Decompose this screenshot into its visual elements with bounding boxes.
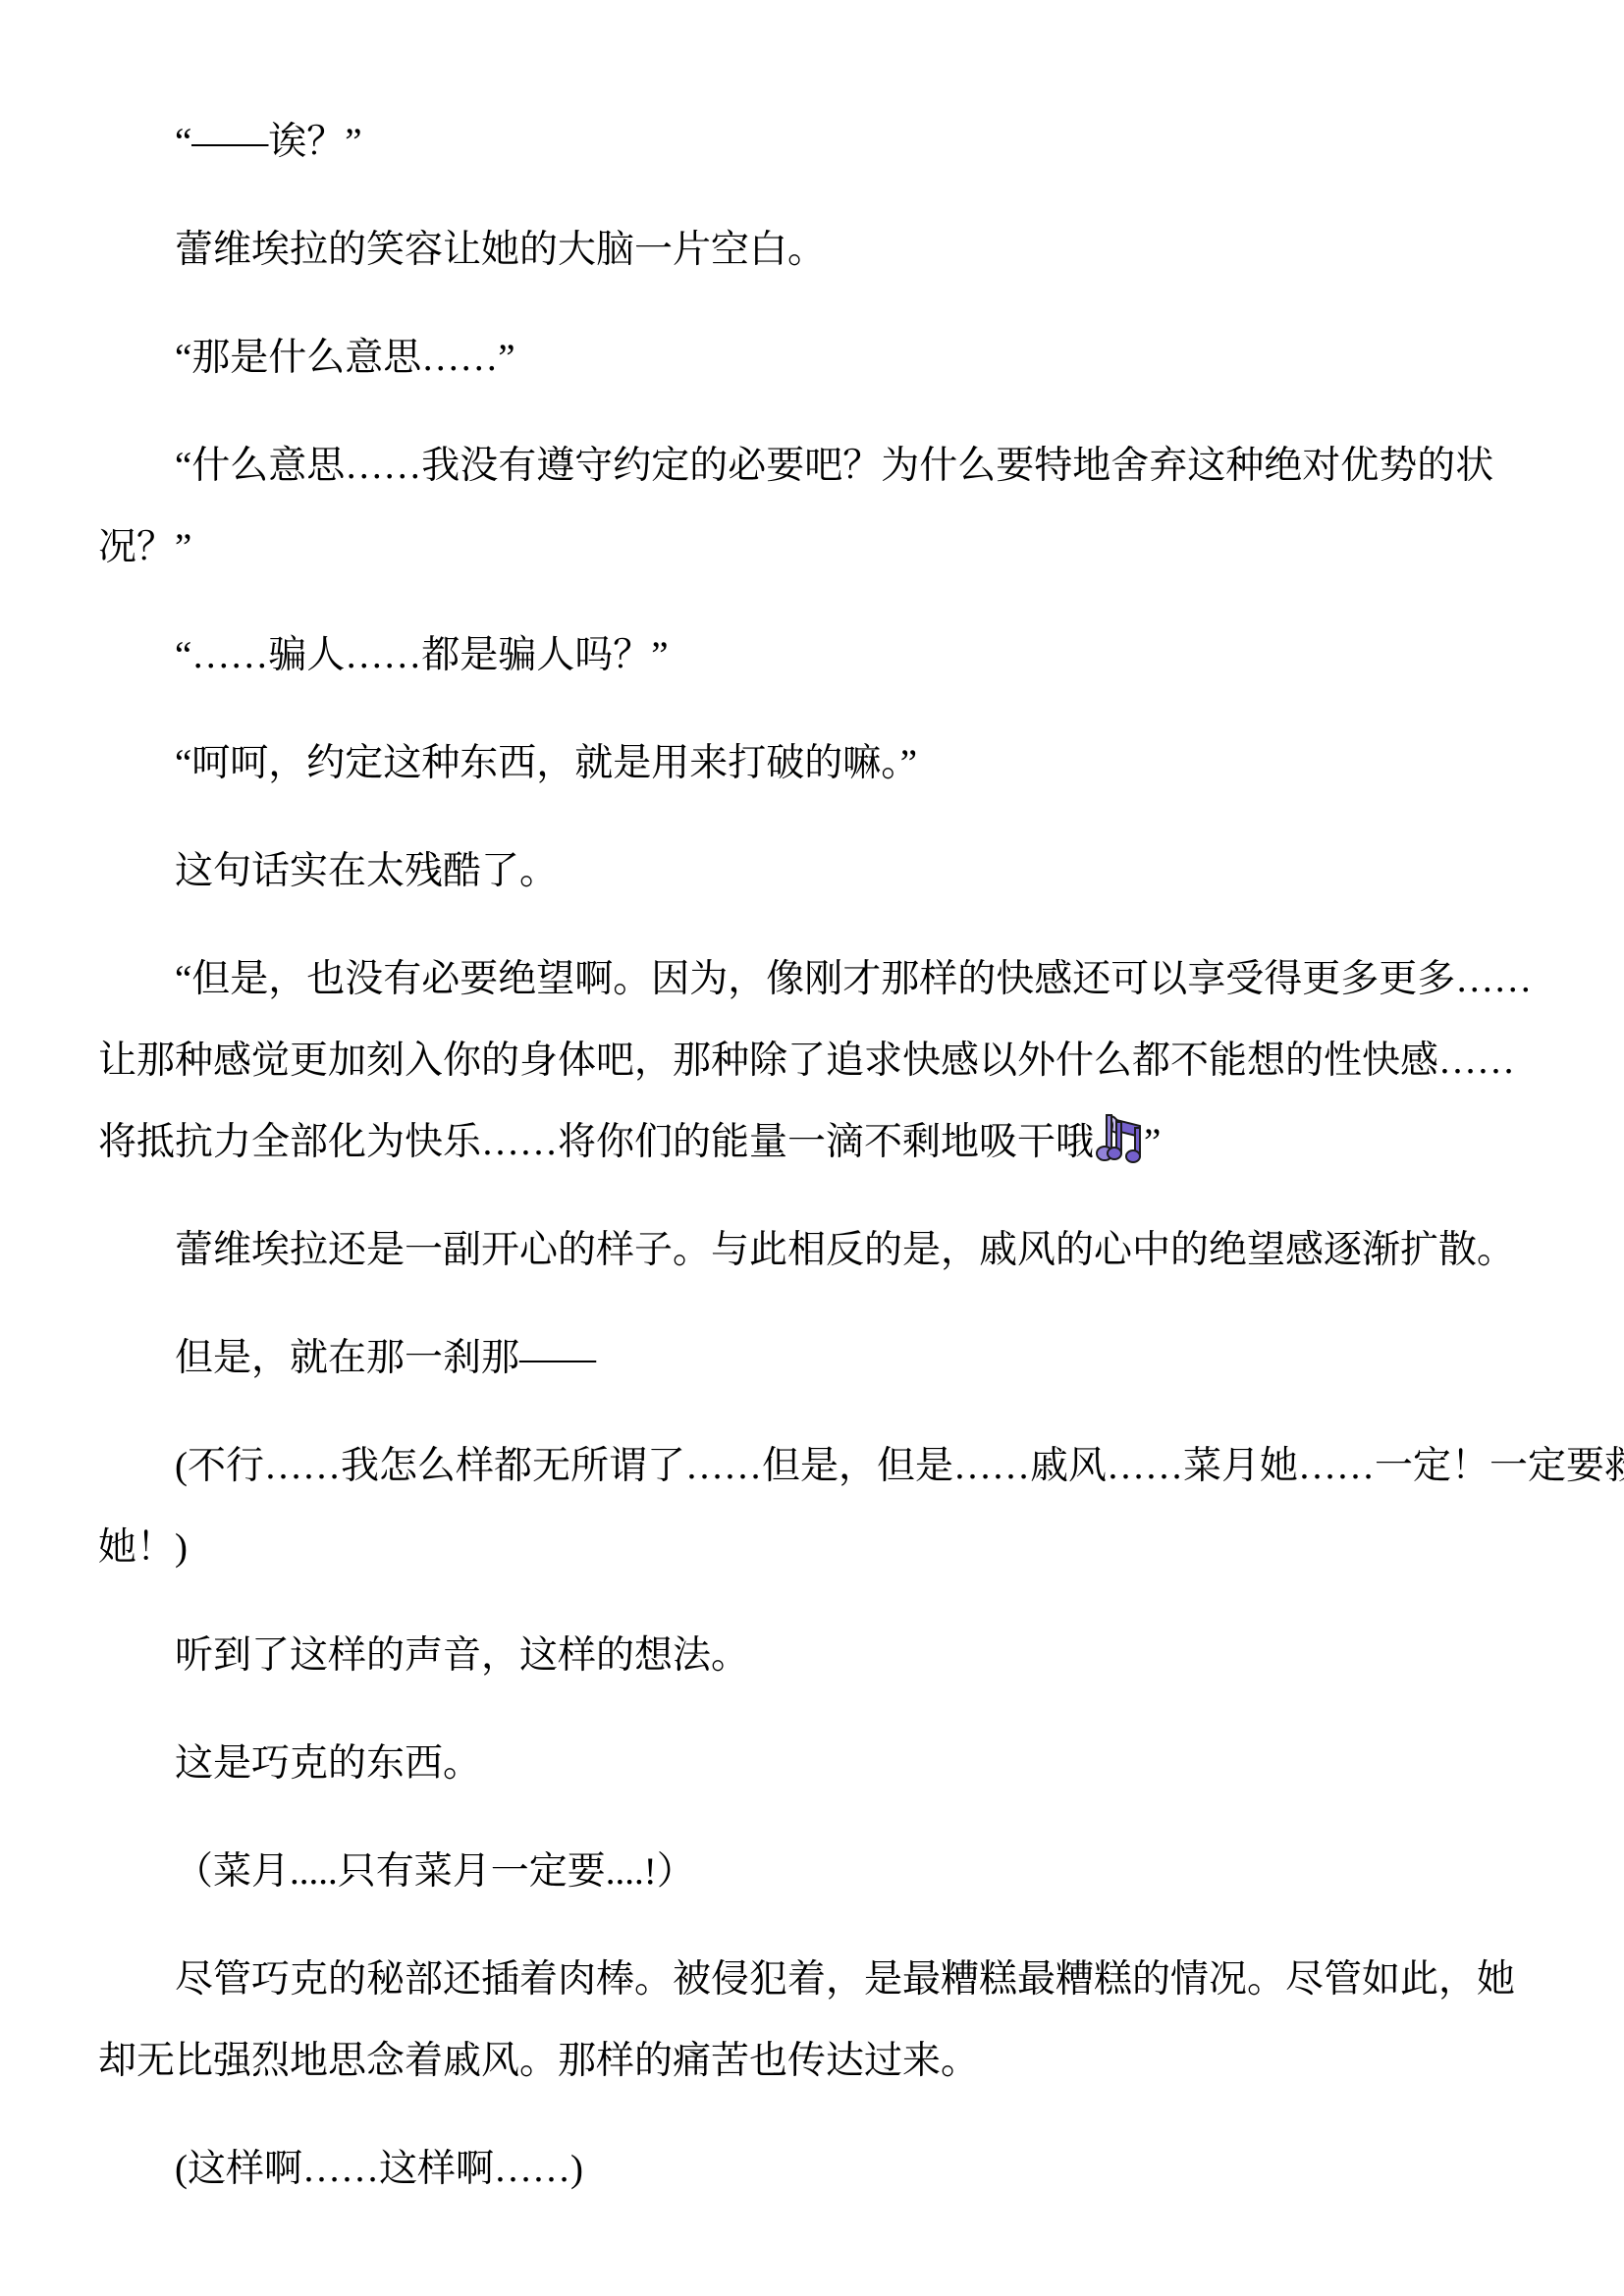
- line-text-after-icon: ”: [1144, 1121, 1161, 1163]
- line-text: 这是巧克的东西。: [175, 1742, 481, 1785]
- paragraph-first-line: “——诶？”: [98, 101, 1585, 183]
- line-text: “那是什么意思……”: [175, 337, 515, 379]
- paragraph-first-line: “……骗人……都是骗人吗？”: [98, 614, 1585, 696]
- paragraph-first-line: 但是，就在那一刹那——: [98, 1317, 1585, 1399]
- paragraph-wrapped-line: 况？”: [98, 507, 1585, 588]
- line-text: “呵呵，约定这种东西，就是用来打破的嘛。”: [175, 742, 917, 784]
- paragraph-first-line: 这句话实在太残酷了。: [98, 830, 1585, 912]
- paragraph: 但是，就在那一刹那——: [98, 1317, 1585, 1399]
- paragraph: “但是，也没有必要绝望啊。因为，像刚才那样的快感还可以享受得更多更多……让那种感…: [98, 938, 1585, 1183]
- line-text: 况？”: [98, 526, 191, 568]
- paragraph-first-line: 蕾维埃拉还是一副开心的样子。与此相反的是，戚风的心中的绝望感逐渐扩散。: [98, 1209, 1585, 1291]
- paragraph-wrapped-line: 她！): [98, 1507, 1585, 1588]
- paragraph: “……骗人……都是骗人吗？”: [98, 614, 1585, 696]
- paragraph: “呵呵，约定这种东西，就是用来打破的嘛。”: [98, 722, 1585, 804]
- line-text: 她！): [98, 1526, 188, 1569]
- line-text: 这句话实在太残酷了。: [175, 850, 558, 892]
- line-text: 将抵抗力全部化为快乐……将你们的能量一滴不剩地吸干哦: [98, 1121, 1094, 1163]
- paragraph-first-line: (不行……我怎么样都无所谓了……但是，但是……戚风……菜月她……一定！一定要救: [98, 1425, 1585, 1507]
- line-text: “……骗人……都是骗人吗？”: [175, 634, 669, 676]
- paragraph-first-line: （菜月.....只有菜月一定要....!）: [98, 1831, 1585, 1912]
- paragraph: (这样啊……这样啊……): [98, 2128, 1585, 2210]
- paragraph-first-line: 听到了这样的声音，这样的想法。: [98, 1615, 1585, 1696]
- line-text: 却无比强烈地思念着戚风。那样的痛苦也传达过来。: [98, 2040, 979, 2082]
- paragraph: （菜月.....只有菜月一定要....!）: [98, 1831, 1585, 1912]
- paragraph-wrapped-line: 让那种感觉更加刻入你的身体吧，那种除了追求快感以外什么都不能想的性快感……: [98, 1020, 1585, 1101]
- paragraph-first-line: “什么意思……我没有遵守约定的必要吧？为什么要特地舍弃这种绝对优势的状: [98, 425, 1585, 507]
- paragraph: 这句话实在太残酷了。: [98, 830, 1585, 912]
- line-text: (不行……我怎么样都无所谓了……但是，但是……戚风……菜月她……一定！一定要救: [175, 1445, 1624, 1487]
- paragraph-first-line: 这是巧克的东西。: [98, 1723, 1585, 1804]
- paragraph: 听到了这样的声音，这样的想法。: [98, 1615, 1585, 1696]
- line-text: （菜月.....只有菜月一定要....!）: [175, 1850, 695, 1893]
- music-notes-icon: [1096, 1112, 1142, 1163]
- document-page: “——诶？”蕾维埃拉的笑容让她的大脑一片空白。“那是什么意思……”“什么意思………: [0, 0, 1624, 2296]
- paragraph-first-line: “那是什么意思……”: [98, 317, 1585, 399]
- paragraph: “什么意思……我没有遵守约定的必要吧？为什么要特地舍弃这种绝对优势的状况？”: [98, 425, 1585, 588]
- line-text: (这样啊……这样啊……): [175, 2148, 583, 2190]
- line-text: 尽管巧克的秘部还插着肉棒。被侵犯着，是最糟糕最糟糕的情况。尽管如此，她: [175, 1958, 1515, 2001]
- line-text: 蕾维埃拉还是一副开心的样子。与此相反的是，戚风的心中的绝望感逐渐扩散。: [175, 1229, 1515, 1271]
- paragraph-first-line: 尽管巧克的秘部还插着肉棒。被侵犯着，是最糟糕最糟糕的情况。尽管如此，她: [98, 1939, 1585, 2020]
- paragraph: (不行……我怎么样都无所谓了……但是，但是……戚风……菜月她……一定！一定要救她…: [98, 1425, 1585, 1588]
- line-text: 蕾维埃拉的笑容让她的大脑一片空白。: [175, 229, 826, 271]
- line-text: “但是，也没有必要绝望啊。因为，像刚才那样的快感还可以享受得更多更多……: [175, 958, 1532, 1000]
- paragraph-first-line: “但是，也没有必要绝望啊。因为，像刚才那样的快感还可以享受得更多更多……: [98, 938, 1585, 1020]
- paragraph: 蕾维埃拉还是一副开心的样子。与此相反的是，戚风的心中的绝望感逐渐扩散。: [98, 1209, 1585, 1291]
- paragraph-first-line: 蕾维埃拉的笑容让她的大脑一片空白。: [98, 209, 1585, 291]
- text-content: “——诶？”蕾维埃拉的笑容让她的大脑一片空白。“那是什么意思……”“什么意思………: [98, 101, 1585, 2210]
- paragraph: 这是巧克的东西。: [98, 1723, 1585, 1804]
- line-text: “什么意思……我没有遵守约定的必要吧？为什么要特地舍弃这种绝对优势的状: [175, 445, 1493, 487]
- paragraph: “——诶？”: [98, 101, 1585, 183]
- paragraph-first-line: “呵呵，约定这种东西，就是用来打破的嘛。”: [98, 722, 1585, 804]
- paragraph: 尽管巧克的秘部还插着肉棒。被侵犯着，是最糟糕最糟糕的情况。尽管如此，她却无比强烈…: [98, 1939, 1585, 2102]
- line-text: 让那种感觉更加刻入你的身体吧，那种除了追求快感以外什么都不能想的性快感……: [98, 1040, 1515, 1082]
- paragraph-first-line: (这样啊……这样啊……): [98, 2128, 1585, 2210]
- line-text: “——诶？”: [175, 121, 362, 163]
- line-text: 但是，就在那一刹那——: [175, 1337, 596, 1379]
- paragraph: “那是什么意思……”: [98, 317, 1585, 399]
- paragraph-wrapped-line: 将抵抗力全部化为快乐……将你们的能量一滴不剩地吸干哦 ”: [98, 1101, 1585, 1183]
- line-text: 听到了这样的声音，这样的想法。: [175, 1634, 749, 1677]
- paragraph-wrapped-line: 却无比强烈地思念着戚风。那样的痛苦也传达过来。: [98, 2020, 1585, 2102]
- paragraph: 蕾维埃拉的笑容让她的大脑一片空白。: [98, 209, 1585, 291]
